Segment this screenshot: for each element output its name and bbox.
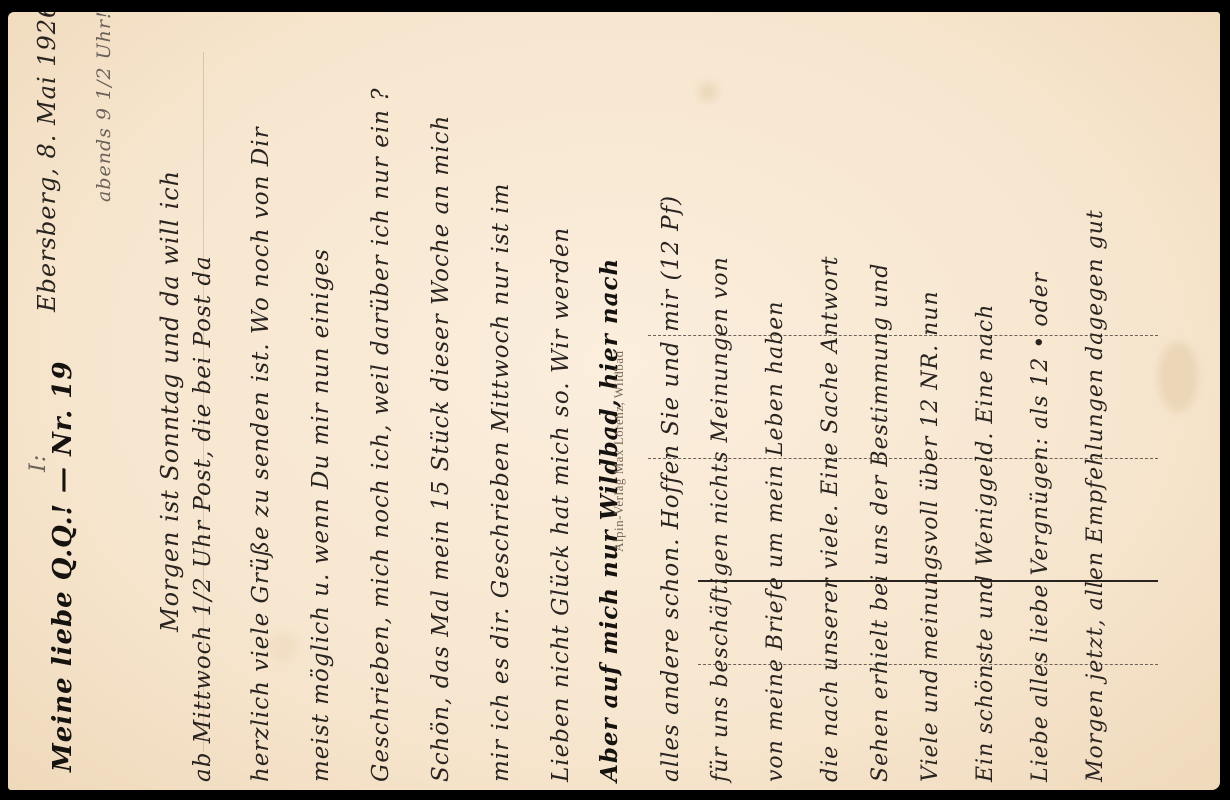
postcard: Meine liebe Q.Q.! — Nr. 19 I: Ebersberg,… [8, 12, 1220, 790]
handwriting-line: Schön, das Mal mein 15 Stück dieser Woch… [428, 115, 454, 782]
handwriting-line: Ein schönste und Weniggeld. Eine nach [973, 304, 998, 782]
handwriting-line: für uns beschäftigen nichts Meinungen vo… [708, 256, 733, 782]
handwriting-line: Liebe alles liebe Vergnügen: als 12 • od… [1028, 272, 1053, 782]
section-mark: I: [26, 454, 51, 472]
handwriting-line: Morgen ist Sonntag und da will ich [156, 170, 184, 632]
handwriting-line: ab Mittwoch 1/2 Uhr Post, die bei Post d… [190, 255, 216, 782]
handwriting-line: herzlich viele Grüße zu senden ist. Wo n… [248, 126, 274, 782]
handwriting-line: Sehen erhielt bei uns der Bestimmung und [868, 263, 893, 782]
publisher-imprint: Alpin-Verlag Max Lorenz, Wildbad [611, 350, 627, 552]
handwriting-line: mir ich es dir. Geschrieben Mittwoch nur… [488, 183, 514, 782]
paper-stain [1158, 342, 1198, 412]
handwriting-line: Lieben nicht Glück hat mich so. Wir werd… [548, 227, 574, 782]
paper-stain [698, 82, 718, 102]
handwriting-line: Geschrieben, mich noch ich, weil darüber… [368, 87, 394, 782]
handwriting-line: Morgen jetzt, allen Empfehlungen dagegen… [1083, 209, 1108, 782]
handwriting-line: von meine Briefe um mein Leben haben [763, 301, 788, 782]
handwriting-line: meist möglich u. wenn Du mir nun einiges [308, 248, 334, 782]
handwriting-line: Viele und meinungsvoll über 12 NR. nun [918, 290, 943, 782]
handwriting-line: alles andere schon. Hoffen Sie und mir (… [658, 195, 684, 782]
time-note: abends 9 1/2 Uhr! [93, 12, 115, 202]
place-date: Ebersberg, 8. Mai 1926 [33, 12, 61, 312]
salutation: Meine liebe Q.Q.! — Nr. 19 [48, 361, 78, 772]
handwriting-line: die nach unserer viele. Eine Sache Antwo… [818, 256, 843, 782]
